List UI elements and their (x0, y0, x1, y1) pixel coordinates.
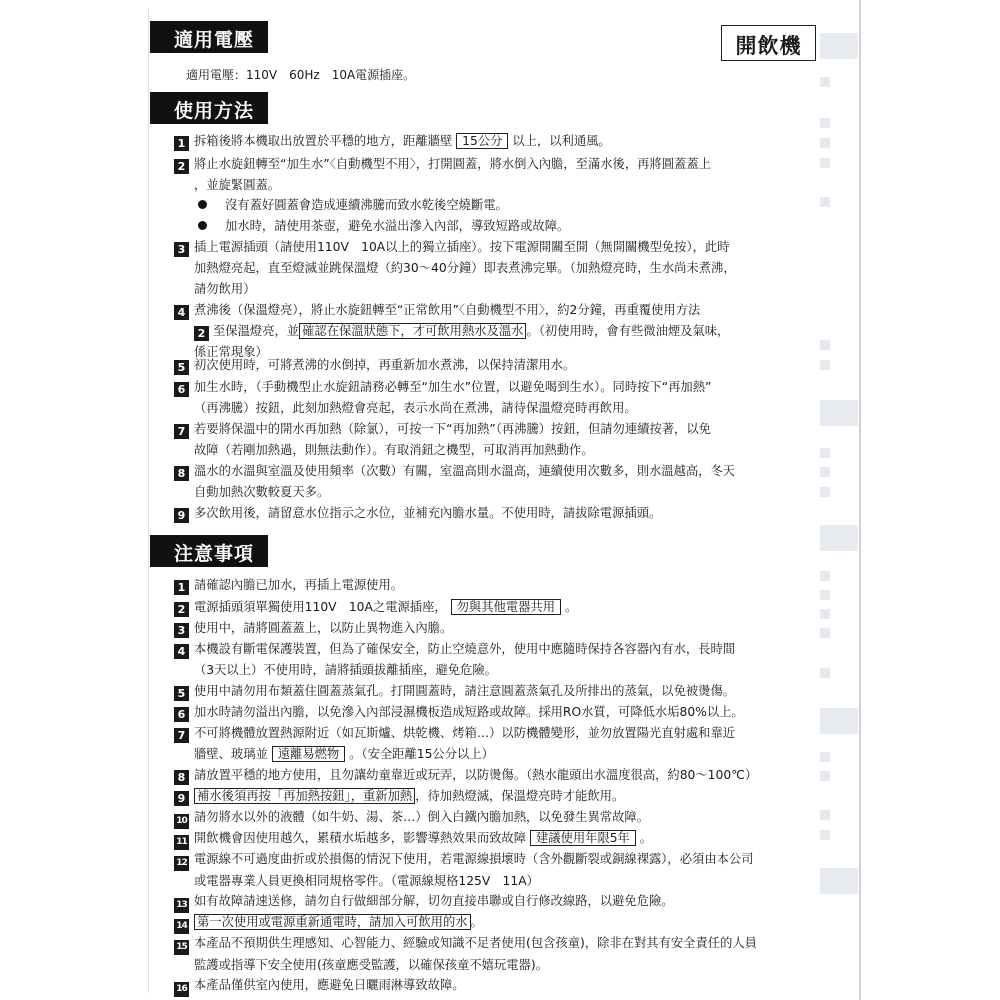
item-number: 14 (174, 919, 189, 934)
flammables-highlight: 遠離易燃物 (272, 746, 346, 762)
caution-item-1: 1請確認內膽已加水，再插上電源使用。 (174, 575, 824, 596)
caution-item-15: 15本產品不預期供生理感知、心智能力、經驗或知識不足者使用(包含孩童)，除非在對… (174, 933, 824, 976)
lifespan-highlight: 建議使用年限5年 (530, 830, 636, 846)
caution-item-4: 4本機設有斷電保護裝置，但為了確保安全，防止空燒意外，使用中應隨時保持各容器內有… (174, 639, 824, 681)
caution-item-10: 10請勿將水以外的液體（如牛奶、湯、茶…）倒入白鐵內膽加熱，以免發生異常故障。 (174, 807, 824, 829)
usage-bullet: 沒有蓋好圓蓋會造成連續沸騰而致水乾後空燒斷電。 (198, 195, 508, 216)
usage-bullet: 加水時，請使用茶壺，避免水溢出滲入內部，導致短路或故障。 (198, 216, 569, 237)
bleed-through-mark (820, 118, 830, 128)
usage-step-1: 1拆箱後將本機取出放置於平穩的地方，距離牆壁 15公分 以上，以利通風。 (174, 131, 824, 152)
usage-step-6: 6加生水時，（手動機型止水旋鈕請務必轉至“加生水”位置，以避免喝到生水）。同時按… (174, 377, 824, 419)
item-number: 1 (174, 580, 189, 595)
caution-item-13: 13如有故障請速送修，請勿自行做細部分解，切勿直接串聯或自行修改線路，以避免危險… (174, 891, 824, 913)
page-edge-right (859, 0, 861, 1000)
step-number: 2 (174, 159, 189, 174)
caution-item-6: 6加水時請勿溢出內膽，以免滲入內部浸濕機板造成短路或故障。採用RO水質，可降低水… (174, 702, 824, 723)
item-number: 5 (174, 686, 189, 701)
step-number: 4 (174, 305, 189, 320)
usage-step-3: 3插上電源插頭（請使用110V 10A以上的獨立插座）。按下電源開關至開（無開關… (174, 237, 824, 300)
item-number: 7 (174, 728, 189, 743)
item-number: 4 (174, 644, 189, 659)
voltage-spec: 適用電壓：110V 60Hz 10A電源插座。 (186, 66, 415, 83)
bleed-through-header (820, 525, 858, 551)
step-number: 3 (174, 242, 189, 257)
item-number: 16 (174, 982, 189, 997)
caution-item-11: 11開飲機會因使用越久，累積水垢越多，影響導熱效果而致故障 建議使用年限5年 。 (174, 828, 824, 850)
bullet-icon (198, 200, 207, 209)
usage-step-2: 2將止水旋鈕轉至“加生水”〈自動機型不用〉，打開圓蓋，將水倒入內膽，至滿水後，再… (174, 154, 824, 196)
bleed-through-header (820, 400, 858, 426)
item-number: 10 (174, 814, 189, 829)
item-number: 3 (174, 623, 189, 638)
section-header-cautions: 注意事項 (150, 535, 268, 567)
product-label: 開飲機 (721, 25, 816, 61)
step-number: 6 (174, 382, 189, 397)
bleed-through-header (820, 33, 858, 59)
usage-step-9: 9多次飲用後，請留意水位指示之水位，並補充內膽水量。不使用時，請拔除電源插頭。 (174, 503, 824, 524)
step-number: 1 (174, 136, 189, 151)
bleed-through-mark (820, 197, 830, 207)
step-number: 8 (174, 466, 189, 481)
warm-state-highlight: 確認在保溫狀態下，才可飲用熱水及溫水 (299, 323, 526, 339)
item-number: 15 (174, 940, 189, 955)
caution-item-16: 16本產品僅供室內使用，應避免日曬雨淋導致故障。 (174, 975, 824, 997)
step-number: 9 (174, 508, 189, 523)
step-number: 5 (174, 360, 189, 375)
section-header-voltage: 適用電壓 (150, 21, 268, 53)
usage-step-5: 5初次使用時，可將煮沸的水倒掉，再重新加水煮沸，以保持清潔用水。 (174, 355, 824, 376)
no-sharing-highlight: 勿與其他電器共用 (451, 599, 561, 615)
caution-item-5: 5使用中請勿用布類蓋住圓蓋蒸氣孔。打開圓蓋時，請注意圓蓋蒸氣孔及所排出的蒸氣，以… (174, 681, 824, 702)
page-edge-left (148, 8, 149, 993)
caution-item-3: 3使用中，請將圓蓋蓋上，以防止異物進入內膽。 (174, 618, 824, 639)
bleed-through-mark (820, 77, 830, 87)
reheat-highlight: 補水後須再按「再加熱按鈕」，重新加熱 (194, 788, 415, 804)
caution-item-9: 9補水後須再按「再加熱按鈕」，重新加熱，待加熱燈滅，保溫燈亮時才能飲用。 (174, 786, 824, 807)
item-number: 12 (174, 856, 189, 871)
item-number: 2 (174, 602, 189, 617)
bullet-icon (198, 221, 207, 230)
caution-item-12: 12電源線不可過度曲折或於損傷的情況下使用，若電源線損壞時（含外觀斷裂或銅線裸露… (174, 849, 824, 892)
section-header-usage: 使用方法 (150, 92, 268, 124)
caution-item-8: 8請放置平穩的地方使用，且勿讓幼童靠近或玩弄，以防燙傷。（熱水龍頭出水溫度很高，… (174, 765, 824, 786)
bleed-through-header (820, 868, 858, 894)
distance-highlight: 15公分 (456, 133, 508, 149)
drinkable-water-highlight: 第一次使用或電源重新通電時，請加入可飲用的水 (194, 914, 471, 930)
step-ref-number: 2 (194, 326, 209, 341)
usage-step-7: 7若要將保溫中的開水再加熱（除氯），可按一下“再加熱”（再沸騰）按鈕，但請勿連續… (174, 419, 824, 461)
caution-item-7: 7不可將機體放置熱源附近（如瓦斯爐、烘乾機、烤箱…）以防機體變形，並勿放置陽光直… (174, 723, 824, 765)
usage-step-8: 8溫水的水溫與室溫及使用頻率（次數）有關，室溫高則水溫高，連續使用次數多，則水溫… (174, 461, 824, 503)
item-number: 13 (174, 898, 189, 913)
caution-item-2: 2電源插頭須單獨使用110V 10A之電源插座， 勿與其他電器共用 。 (174, 597, 824, 618)
bleed-through-header (820, 708, 858, 734)
item-number: 9 (174, 791, 189, 806)
step-number: 7 (174, 424, 189, 439)
caution-item-14: 14第一次使用或電源重新通電時，請加入可飲用的水。 (174, 912, 824, 934)
item-number: 8 (174, 770, 189, 785)
usage-step-4: 4煮沸後（保溫燈亮），將止水旋鈕轉至“正常飲用”〈自動機型不用〉，約2分鐘，再重… (174, 300, 824, 363)
item-number: 6 (174, 707, 189, 722)
item-number: 11 (174, 835, 189, 850)
